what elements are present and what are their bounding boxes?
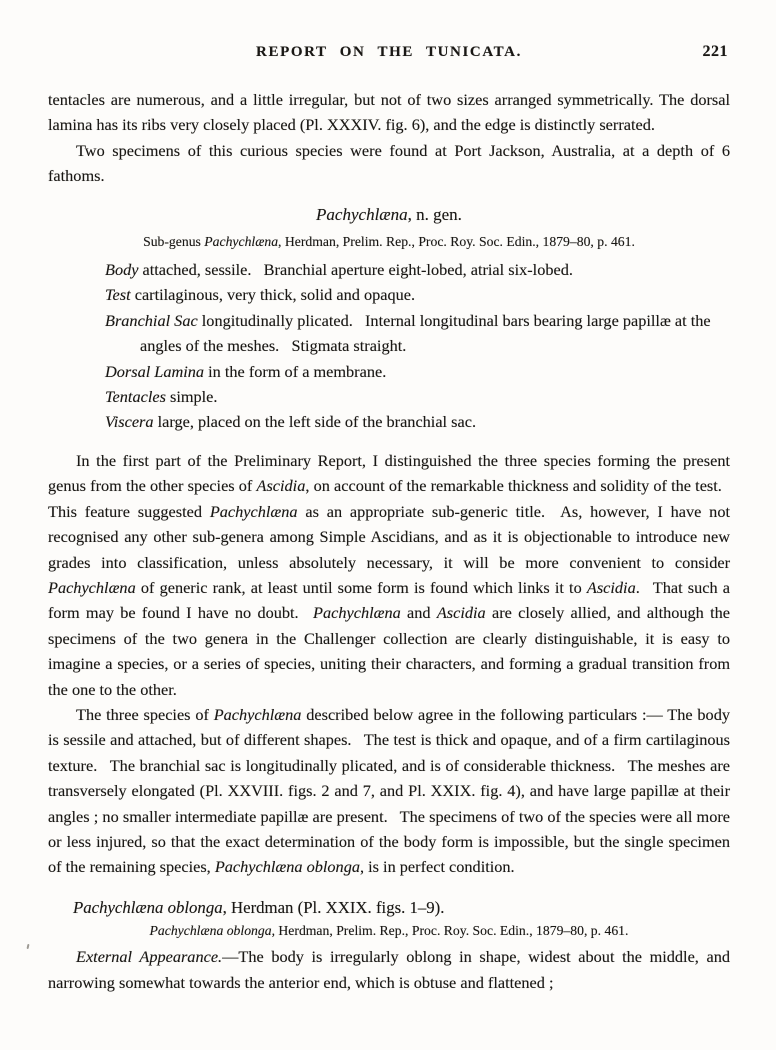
diagnosis-term: Dorsal Lamina xyxy=(105,362,204,381)
genus-heading-suffix: , n. gen. xyxy=(408,205,462,224)
genus-synonymy-citation: , Herdman, Prelim. Rep., Proc. Roy. Soc.… xyxy=(278,234,635,249)
species-heading: Pachychlæna oblonga, Herdman (Pl. XXIX. … xyxy=(48,895,730,920)
diagnosis-item-viscera: Viscera large, placed on the left side o… xyxy=(48,409,730,434)
diagnosis-text: in the form of a membrane. xyxy=(204,362,386,381)
species-synonymy: Pachychlæna oblonga, Herdman, Prelim. Re… xyxy=(48,921,730,941)
running-header: REPORT ON THE TUNICATA. 221 xyxy=(48,42,730,62)
text-segment: of generic rank, at least until some for… xyxy=(136,578,587,597)
book-page: REPORT ON THE TUNICATA. 221 tentacles ar… xyxy=(0,0,776,1050)
diagnosis-text: large, placed on the left side of the br… xyxy=(154,412,476,431)
scan-speck xyxy=(27,944,30,949)
genus-heading: Pachychlæna, n. gen. xyxy=(48,202,730,227)
running-header-title: REPORT ON THE TUNICATA. xyxy=(256,44,522,60)
taxon-name: Pachychlæna xyxy=(214,705,302,724)
species-heading-suffix: , Herdman (Pl. XXIX. figs. 1–9). xyxy=(223,898,445,917)
diagnosis-item-body: Body attached, sessile. Branchial apertu… xyxy=(48,257,730,282)
taxon-name: Pachychlæna xyxy=(313,603,401,622)
genus-name: Pachychlæna xyxy=(316,205,408,224)
species-synonymy-citation: , Herdman, Prelim. Rep., Proc. Roy. Soc.… xyxy=(272,923,629,938)
paragraph-discussion-1: In the first part of the Preliminary Rep… xyxy=(48,448,730,702)
text-segment: The three species of xyxy=(76,705,214,724)
diagnosis-text: cartilaginous, very thick, solid and opa… xyxy=(131,285,415,304)
taxon-name: Pachychlæna xyxy=(210,502,298,521)
paragraph-continuation: tentacles are numerous, and a little irr… xyxy=(48,87,730,138)
genus-synonymy-prefix: Sub-genus xyxy=(143,234,204,249)
taxon-name: Ascidia xyxy=(437,603,486,622)
taxon-name: Ascidia xyxy=(587,578,636,597)
paragraph-specimens: Two specimens of this curious species we… xyxy=(48,138,730,189)
diagnosis-term: Branchial Sac xyxy=(105,311,198,330)
page-number: 221 xyxy=(703,42,729,62)
diagnosis-list: Body attached, sessile. Branchial apertu… xyxy=(48,257,730,435)
text-segment: described below agree in the following p… xyxy=(48,705,730,876)
text-segment: and xyxy=(401,603,437,622)
text-segment: , is in perfect condition. xyxy=(360,857,515,876)
species-name: Pachychlæna oblonga xyxy=(150,923,272,938)
paragraph-external-appearance: External Appearance.—The body is irregul… xyxy=(48,944,730,995)
diagnosis-item-branchial-sac: Branchial Sac longitudinally plicated. I… xyxy=(48,308,730,359)
species-name: Pachychlæna oblonga xyxy=(73,898,223,917)
diagnosis-term: Body xyxy=(105,260,138,279)
diagnosis-item-tentacles: Tentacles simple. xyxy=(48,384,730,409)
taxon-name: Ascidia xyxy=(257,476,306,495)
diagnosis-item-test: Test cartilaginous, very thick, solid an… xyxy=(48,282,730,307)
diagnosis-text: longitudinally plicated. Internal longit… xyxy=(140,311,711,355)
genus-synonymy: Sub-genus Pachychlæna, Herdman, Prelim. … xyxy=(48,232,730,252)
taxon-name: Pachychlæna xyxy=(48,578,136,597)
taxon-name: Pachychlæna oblonga xyxy=(215,857,360,876)
paragraph-discussion-2: The three species of Pachychlæna describ… xyxy=(48,702,730,880)
diagnosis-text: simple. xyxy=(166,387,218,406)
diagnosis-item-dorsal-lamina: Dorsal Lamina in the form of a membrane. xyxy=(48,359,730,384)
page-body: tentacles are numerous, and a little irr… xyxy=(48,87,730,995)
diagnosis-term: Viscera xyxy=(105,412,154,431)
diagnosis-term: Test xyxy=(105,285,131,304)
genus-name: Pachychlæna xyxy=(204,234,278,249)
diagnosis-term: Tentacles xyxy=(105,387,166,406)
diagnosis-text: attached, sessile. Branchial aperture ei… xyxy=(138,260,572,279)
external-appearance-lead: External Appearance. xyxy=(76,947,222,966)
